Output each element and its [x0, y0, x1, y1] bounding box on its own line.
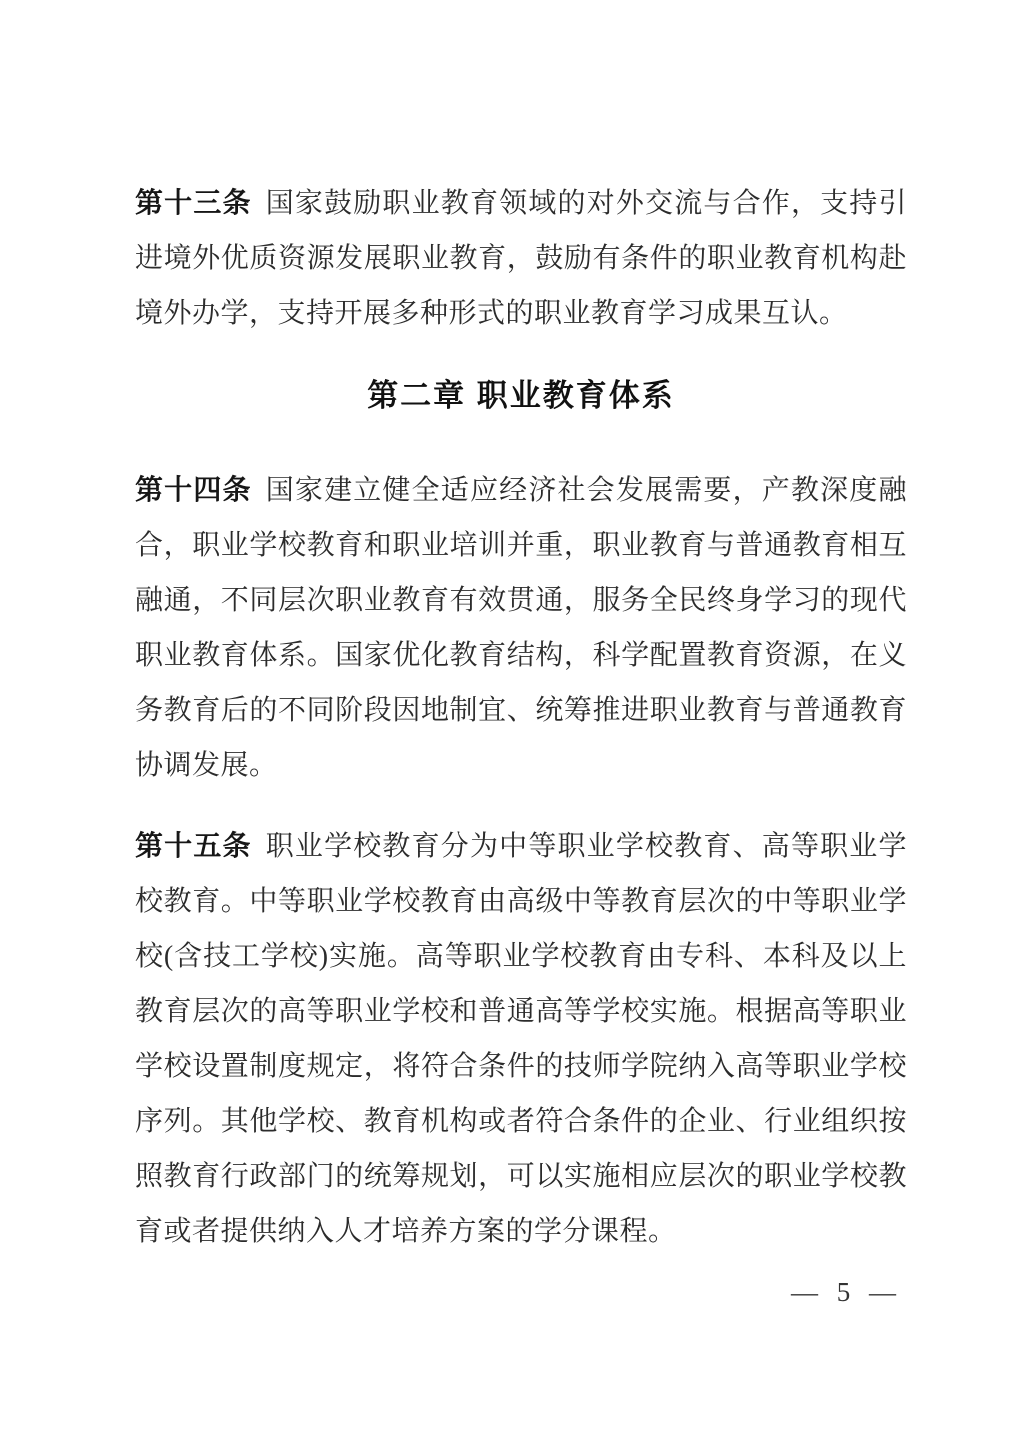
- page-footer: — 5 —: [791, 1272, 902, 1312]
- document-content: 第十三条国家鼓励职业教育领域的对外交流与合作，支持引进境外优质资源发展职业教育，…: [135, 176, 907, 1285]
- chapter-2-heading: 第二章 职业教育体系: [135, 367, 907, 425]
- article-13-paragraph: 第十三条国家鼓励职业教育领域的对外交流与合作，支持引进境外优质资源发展职业教育，…: [135, 176, 907, 341]
- document-page: 第十三条国家鼓励职业教育领域的对外交流与合作，支持引进境外优质资源发展职业教育，…: [0, 0, 1024, 1448]
- article-15-text: 职业学校教育分为中等职业学校教育、高等职业学校教育。中等职业学校教育由高级中等教…: [135, 831, 907, 1247]
- page-number: — 5 —: [791, 1277, 902, 1307]
- article-13-label: 第十三条: [135, 188, 252, 219]
- article-14-text: 国家建立健全适应经济社会发展需要，产教深度融合，职业学校教育和职业培训并重，职业…: [135, 475, 907, 781]
- article-14-paragraph: 第十四条国家建立健全适应经济社会发展需要，产教深度融合，职业学校教育和职业培训并…: [135, 463, 907, 793]
- article-15-label: 第十五条: [135, 831, 252, 862]
- article-15-paragraph: 第十五条职业学校教育分为中等职业学校教育、高等职业学校教育。中等职业学校教育由高…: [135, 819, 907, 1259]
- article-14-label: 第十四条: [135, 475, 252, 506]
